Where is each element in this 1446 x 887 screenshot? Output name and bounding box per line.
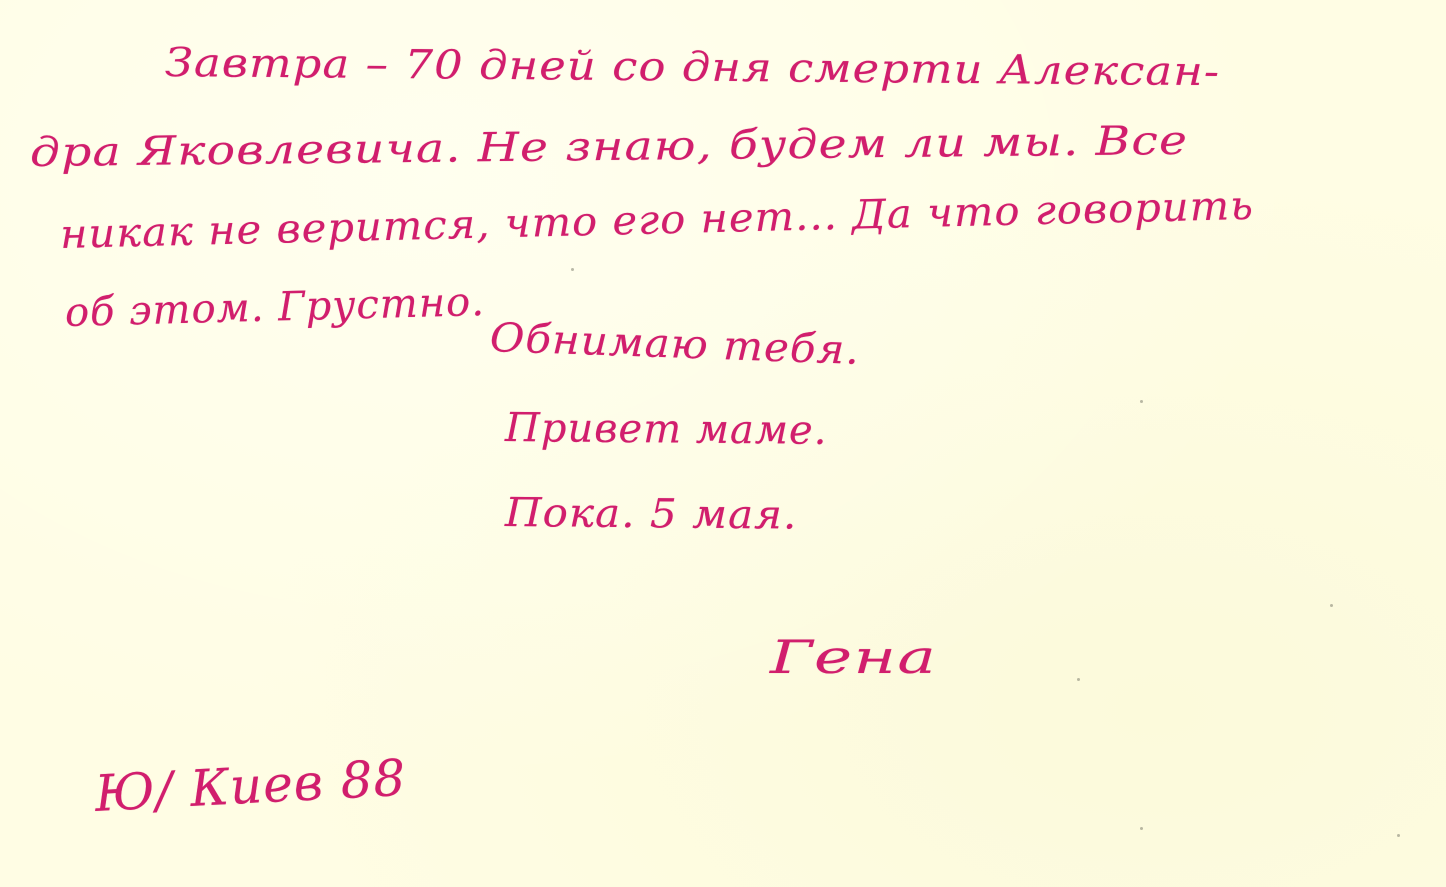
archive-annotation: Ю/ Киев 88 <box>93 749 407 823</box>
paper-speck <box>1140 827 1143 830</box>
paper-speck <box>571 268 574 271</box>
letter-line-1: Завтра – 70 дней со дня смерти Алексан- <box>165 40 1221 95</box>
letter-line-3: никак не верится, что его нет... Да что … <box>59 183 1254 258</box>
paper-speck <box>1397 834 1400 837</box>
closing-line-greeting: Привет маме. <box>505 405 828 454</box>
signature: Гена <box>770 630 937 684</box>
closing-line-date: Пока. 5 мая. <box>505 490 798 539</box>
paper-speck <box>1140 400 1143 403</box>
letter-line-2: дра Яковлевича. Не знаю, будем ли мы. Вс… <box>30 118 1189 176</box>
paper-speck <box>1330 604 1333 607</box>
closing-line-embrace: Обнимаю тебя. <box>489 315 860 374</box>
letter-page: Завтра – 70 дней со дня смерти Алексан- … <box>0 0 1446 887</box>
paper-speck <box>1077 678 1080 681</box>
letter-line-4: об этом. Грустно. <box>64 279 485 336</box>
